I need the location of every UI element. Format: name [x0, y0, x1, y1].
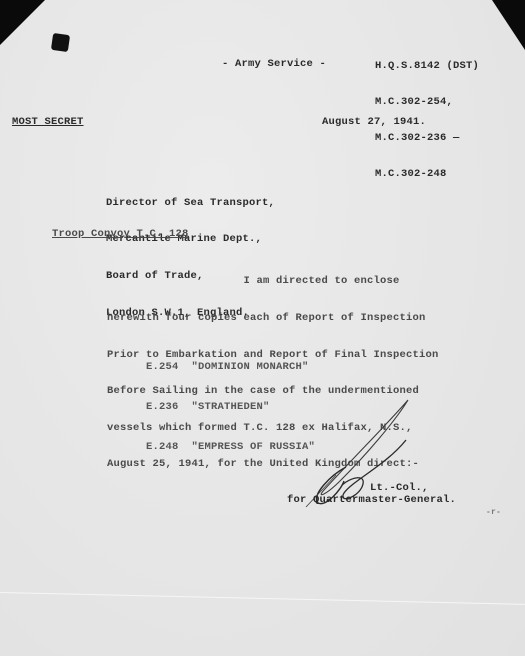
- signatory-rank: Lt.-Col.,: [370, 482, 429, 494]
- vessel-item: E.248 "EMPRESS OF RUSSIA": [146, 441, 315, 454]
- body-line: I am directed to enclose: [107, 275, 439, 287]
- vessel-item: E.254 "DOMINION MONARCH": [146, 361, 315, 374]
- service-heading: - Army Service -: [222, 58, 326, 70]
- scanned-letter-page: H.Q.S.8142 (DST) M.C.302-254, M.C.302-23…: [0, 0, 525, 656]
- vessel-code: E.254: [146, 361, 179, 373]
- vessel-item: E.236 "STRATHEDEN": [146, 401, 315, 414]
- reference-number: M.C.302-254,: [375, 96, 479, 108]
- scan-border-corner: [0, 0, 45, 45]
- scan-border-corner: [492, 0, 525, 50]
- vessel-list: E.254 "DOMINION MONARCH" E.236 "STRATHED…: [146, 335, 315, 480]
- paper-fold-line: [0, 592, 525, 605]
- page-mark: -r-: [486, 507, 501, 519]
- reference-number: M.C.302-236 —: [375, 132, 479, 144]
- vessel-name: "STRATHEDEN": [192, 401, 270, 413]
- address-line: Director of Sea Transport,: [106, 197, 275, 209]
- signatory-for-line: for Quartermaster-General.: [287, 494, 456, 506]
- vessel-code: E.236: [146, 401, 179, 413]
- body-line: herewith four copies each of Report of I…: [107, 312, 439, 324]
- classification-label: MOST SECRET: [12, 116, 84, 128]
- punch-hole-mark: [51, 33, 70, 52]
- reference-number: H.Q.S.8142 (DST): [375, 60, 479, 72]
- vessel-code: E.248: [146, 441, 179, 453]
- letter-date: August 27, 1941.: [322, 116, 426, 128]
- subject-line: Troop Convoy T.C. 128: [52, 228, 189, 240]
- vessel-name: "DOMINION MONARCH": [192, 361, 309, 373]
- reference-number: M.C.302-248: [375, 168, 479, 180]
